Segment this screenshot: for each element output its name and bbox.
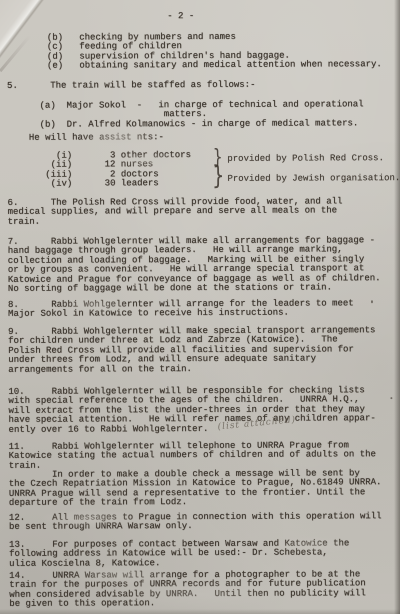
paragraph-5-intro: 5. The train will be staffed as follows:… (7, 81, 255, 92)
paragraph-9: 9. Rabbi Wohlgelernter will make special… (8, 326, 375, 375)
provided-by-polish-red-cross-label: provided by Polish Red Cross. (227, 153, 384, 164)
ink-speck (390, 397, 392, 399)
provided-by-jewish-organisation-label: Provided by Jewish organisation. (227, 173, 400, 184)
paragraph-5-staff: (a) Major Sokol - in charge of technical… (7, 100, 364, 130)
paragraph-8: 8. Rabbi Wohlgelernter will arrange for … (8, 299, 354, 319)
paragraph-5-assistants-line: He will have assist nts:- (7, 133, 164, 143)
scanned-document-page: - 2 - (b) checking by numbers and names … (0, 0, 400, 614)
paragraph-14: 14. UNRRA Warsaw will arrange for a phot… (9, 570, 366, 609)
page-number: - 2 - (0, 11, 363, 22)
paragraph-5-assistants-list: (i) 3 other doctors (ii) 12 nurses (iii)… (7, 151, 191, 190)
paragraph-7: 7. Rabbi Wohlgelernter will make all arr… (8, 236, 381, 294)
paragraph-12: 12. All messages to Prague in connection… (9, 512, 382, 533)
curly-brace-icon: } (212, 163, 224, 189)
paragraph-13: 13. For purposes of contact between Wars… (9, 539, 349, 569)
paragraph-4-continuation: (b) checking by numbers and names (c) fe… (47, 32, 382, 71)
paragraph-10: 10. Rabbi Wohlgelernter will be responsi… (8, 386, 375, 435)
ink-speck (371, 300, 373, 303)
paragraph-11-continued: In order to make a double check a messag… (9, 469, 382, 508)
paragraph-11: 11. Rabbi Wohlgelernter will telephone t… (9, 441, 376, 471)
paragraph-6: 6. The Polish Red Cross will provide foo… (8, 197, 343, 227)
